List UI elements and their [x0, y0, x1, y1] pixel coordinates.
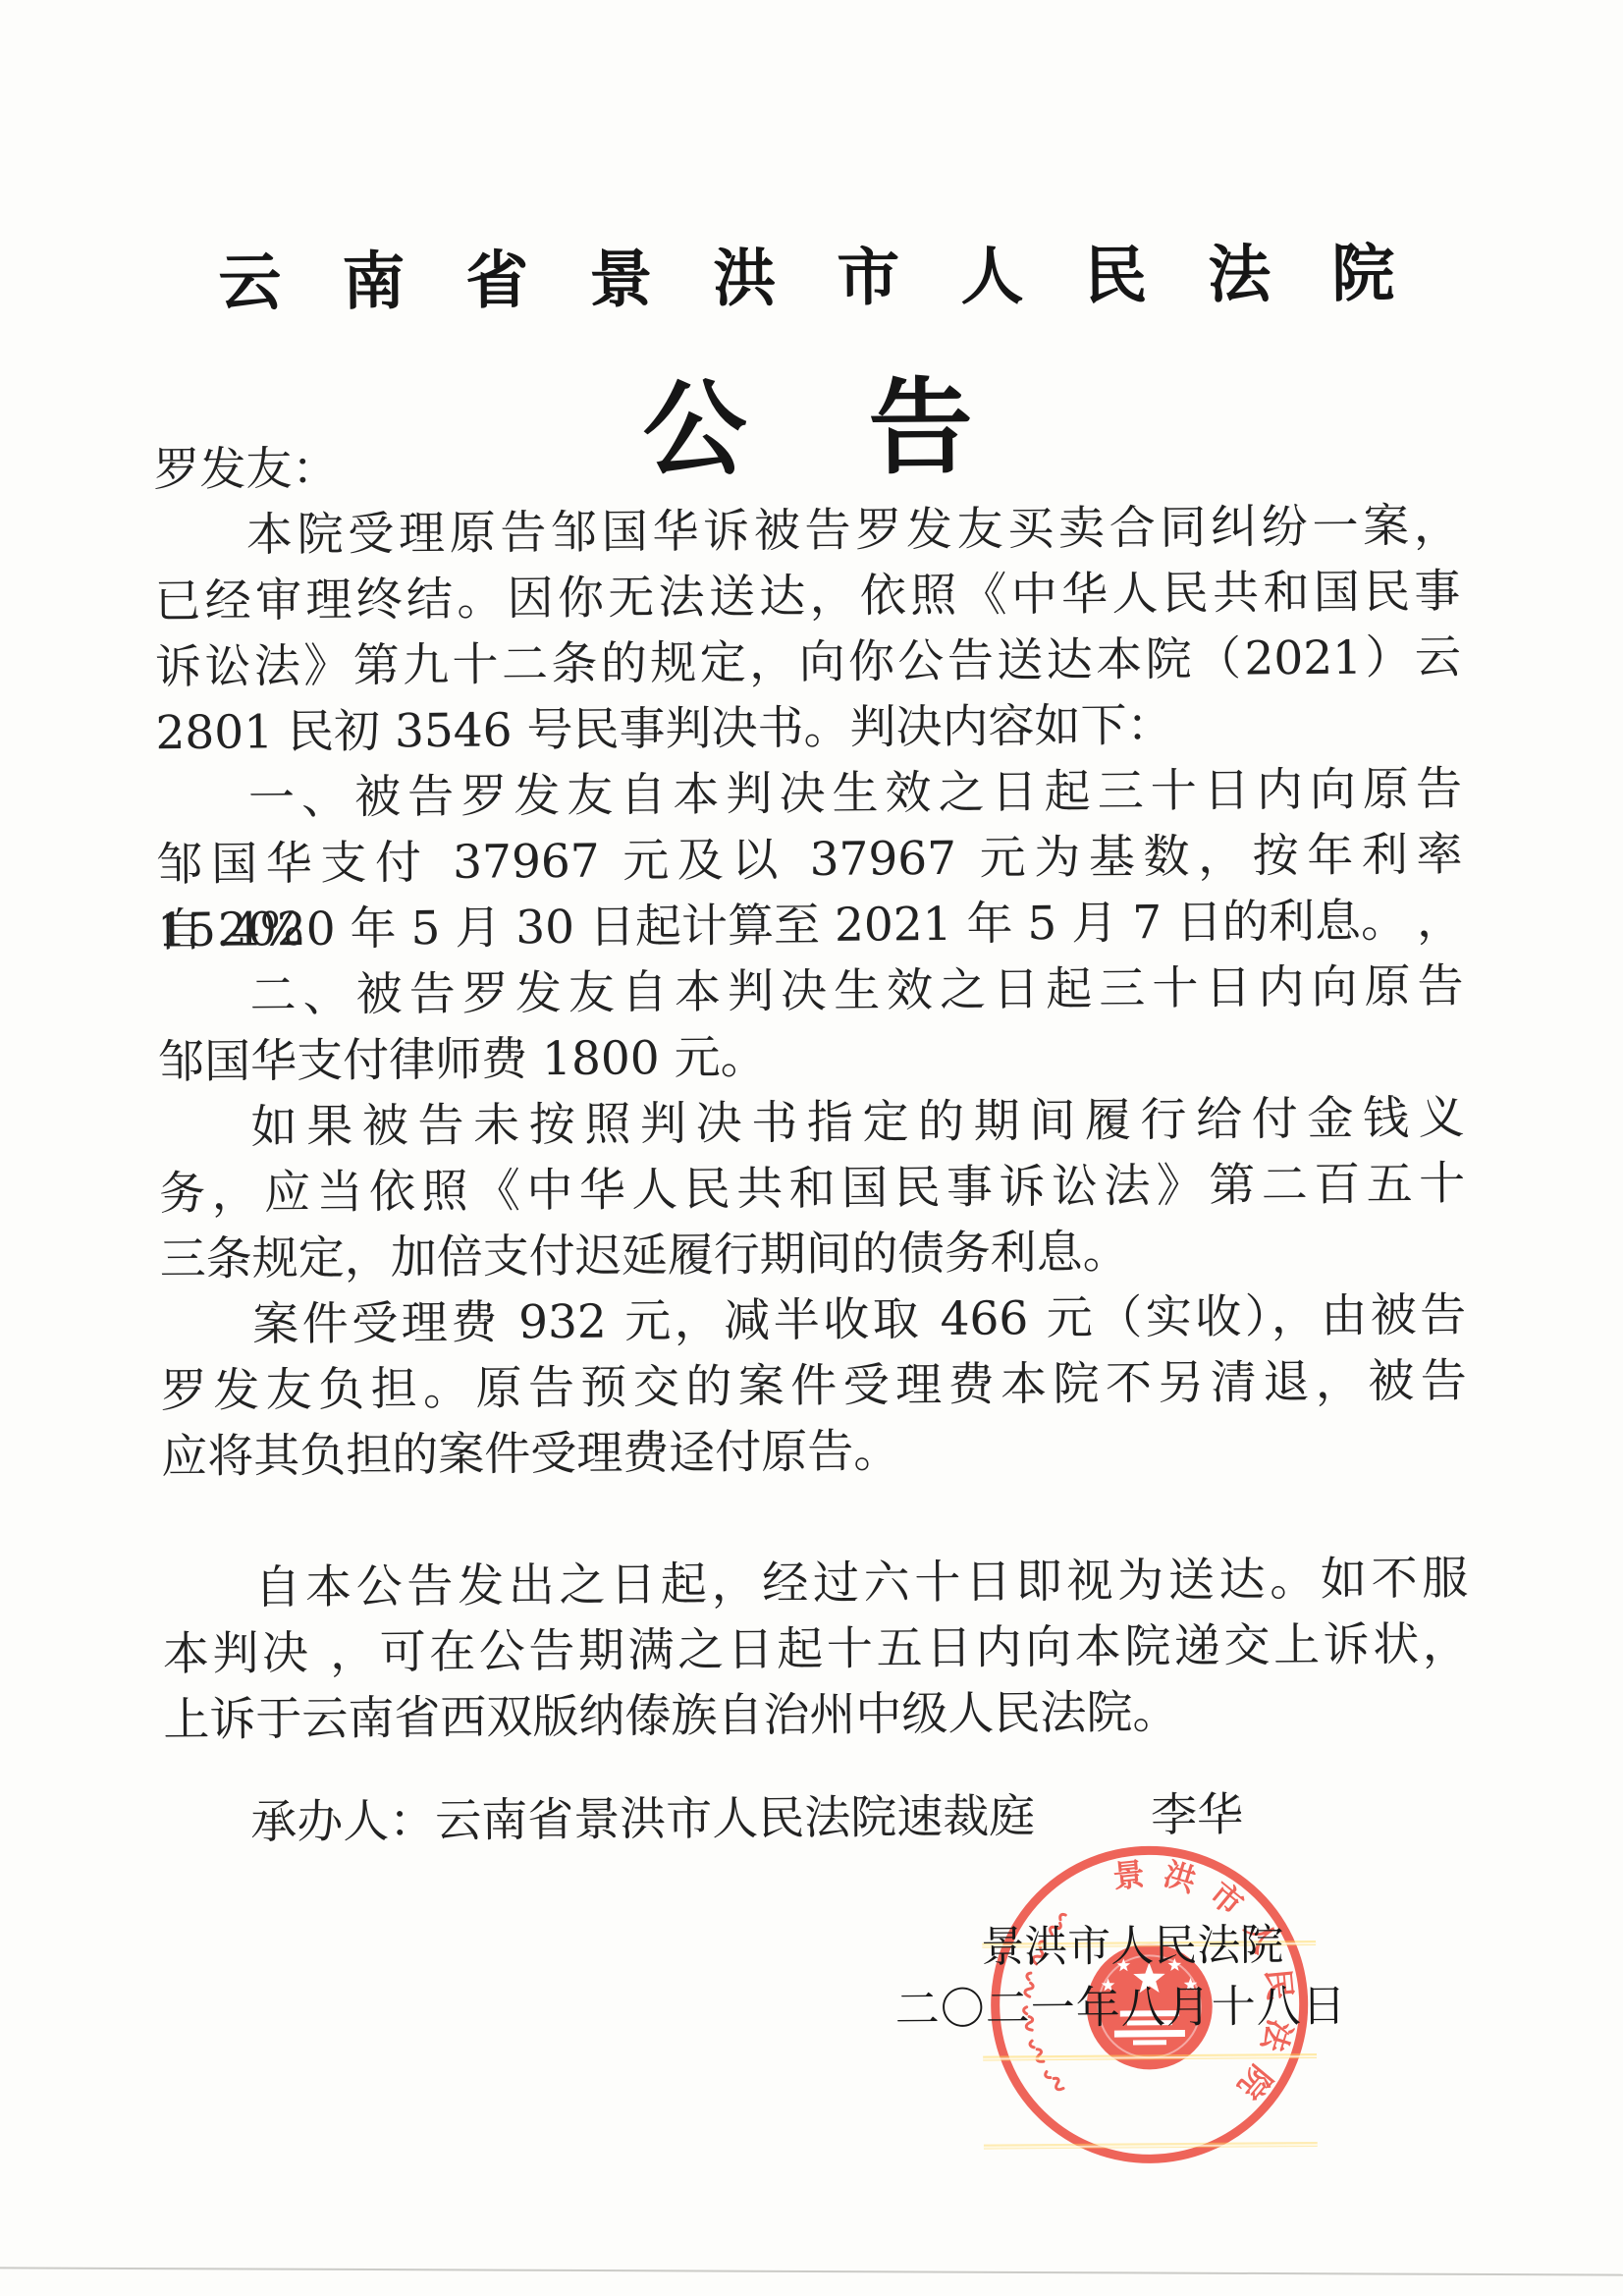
- body-line: 本院受理原告邹国华诉被告罗发友买卖合同纠纷一案，: [154, 493, 1460, 569]
- handler-label: 承办人：云南省景洪市人民法院速裁庭: [250, 1789, 1035, 1849]
- body-line: 案件受理费 932 元，减半收取 466 元（实收），由被告: [160, 1283, 1466, 1358]
- body-line: 本判决 ，可在公告期满之日起十五日内向本院递交上诉状，: [163, 1612, 1469, 1687]
- notice-body: 罗发友： 本院受理原告邹国华诉被告罗发友买卖合同纠纷一案， 已经审理终结。因你无…: [153, 427, 1470, 1856]
- body-line: 罗发友负担。原告预交的案件受理费本院不另清退，被告: [160, 1348, 1466, 1424]
- body-line: 自 2020 年 5 月 30 日起计算至 2021 年 5 月 7 日的利息。: [157, 888, 1463, 963]
- body-line: 2801 民初 3546 号民事判决书。判决内容如下：: [155, 690, 1461, 766]
- handler-name: 李华: [1151, 1788, 1243, 1843]
- body-line: 务，应当依照《中华人民共和国民事诉讼法》第二百五十: [159, 1151, 1465, 1227]
- body-line: 上诉于云南省西双版纳傣族自治州中级人民法院。: [163, 1677, 1469, 1753]
- body-line: 邹国华支付律师费 1800 元。: [158, 1019, 1464, 1095]
- body-line: 如果被告未按照判决书指定的期间履行给付金钱义: [158, 1085, 1464, 1161]
- body-line: 已经审理终结。因你无法送达，依照《中华人民共和国民事: [154, 559, 1460, 634]
- scan-content: 云南省景洪市人民法院 公告 罗发友： 本院受理原告邹国华诉被告罗发友买卖合同纠纷…: [0, 0, 1623, 2296]
- addressee-line: 罗发友：: [153, 427, 1459, 503]
- court-title: 云南省景洪市人民法院: [0, 222, 1618, 325]
- body-line: 应将其负担的案件受理费迳付原告。: [161, 1414, 1467, 1490]
- body-line: 诉讼法》第九十二条的规定，向你公告送达本院（2021）云: [155, 625, 1461, 700]
- stamp-court-name: 景洪市人民法院: [965, 1909, 1299, 1975]
- body-line: 一、被告罗发友自本判决生效之日起三十日内向原告: [156, 756, 1462, 832]
- body-line: 邹国华支付 37967 元及以 37967 元为基数，按年利率 15.4%，: [156, 822, 1462, 898]
- scanned-court-notice-page: 云南省景洪市人民法院 公告 罗发友： 本院受理原告邹国华诉被告罗发友买卖合同纠纷…: [0, 0, 1623, 2296]
- body-line: 三条规定，加倍支付迟延履行期间的债务利息。: [159, 1217, 1465, 1292]
- body-line: 二、被告罗发友自本判决生效之日起三十日内向原告: [157, 954, 1463, 1029]
- body-line: 自本公告发出之日起，经过六十日即视为送达。如不服: [162, 1546, 1468, 1621]
- stamp-date: 二〇二一年八月十八日: [894, 1970, 1347, 2038]
